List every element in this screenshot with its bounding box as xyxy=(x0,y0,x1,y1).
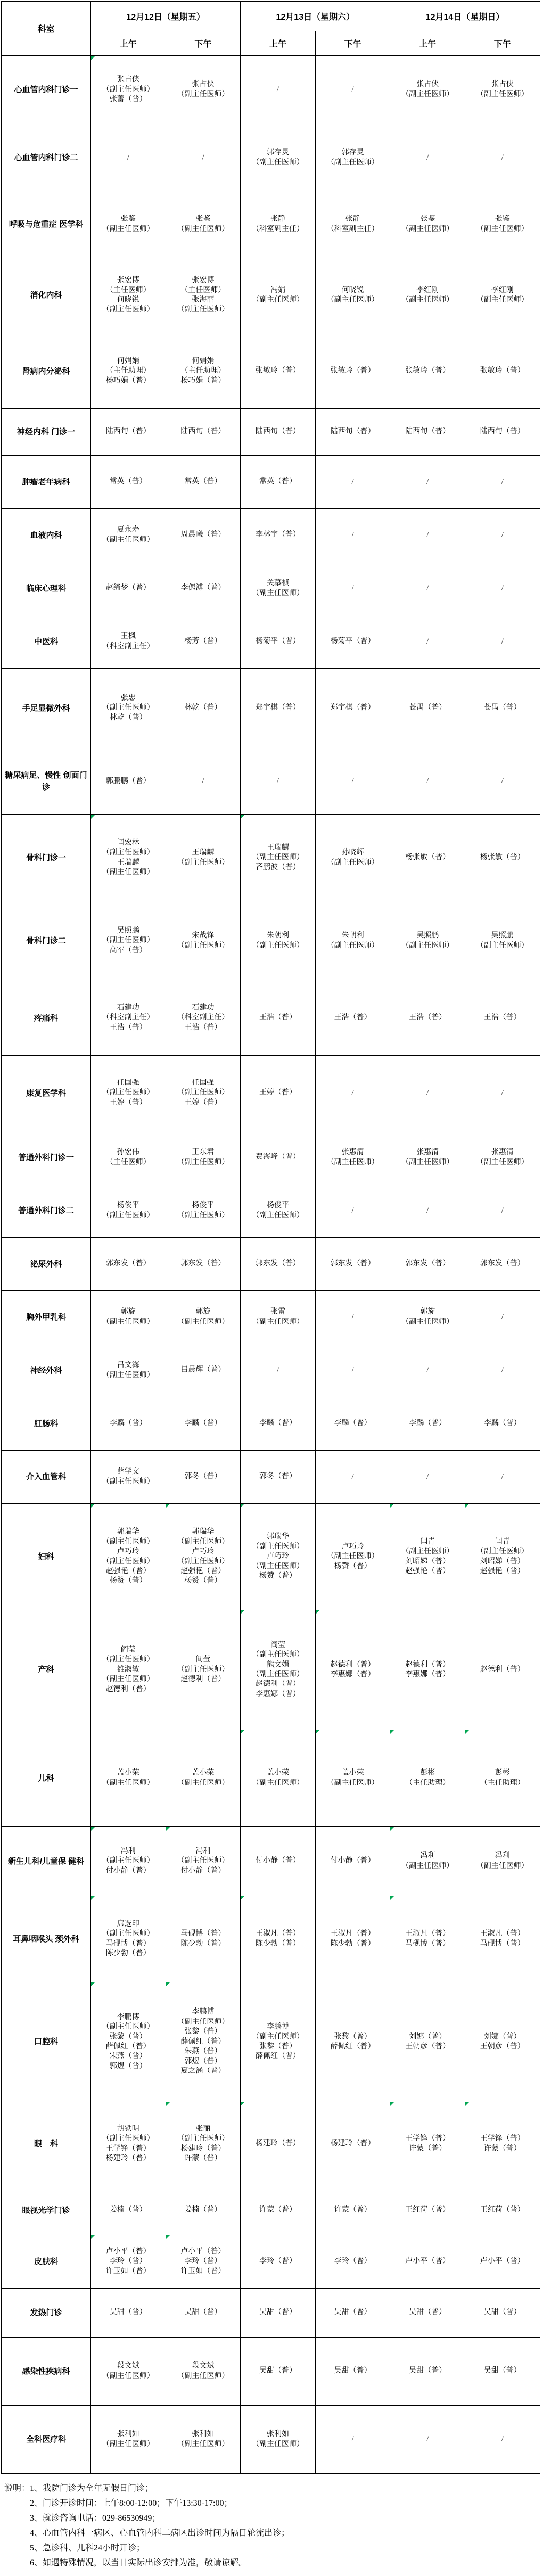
doctor-line: （副主任医师） xyxy=(242,1670,314,1680)
schedule-cell: 张利如（副主任医师） xyxy=(166,2406,241,2474)
schedule-cell: 王瑞麟（副主任医师）吝鹏波（普） xyxy=(241,815,316,901)
doctor-line: 王婷（普） xyxy=(92,1098,164,1108)
no-clinic-slash: / xyxy=(466,530,539,541)
schedule-cell: 冯利（副主任医师）付小静（普） xyxy=(166,1827,241,1896)
schedule-cell: 张占侠（副主任医师） xyxy=(166,56,241,124)
doctor-line: 张海丽 xyxy=(167,295,240,305)
doctor-line: 陆西旬（普） xyxy=(167,427,240,437)
doctor-line: 郭鹏鹏（普） xyxy=(92,777,164,786)
doctor-line: （副主任医师） xyxy=(92,2372,164,2381)
doctor-line: 卢小平（普） xyxy=(167,2247,240,2257)
doctor-line: 吴甜（普） xyxy=(167,2308,240,2317)
no-clinic-slash: / xyxy=(466,1206,539,1216)
doctor-line: 李鹏博 xyxy=(242,2022,314,2032)
doctor-line: 郑宇棋（普） xyxy=(317,703,389,713)
doctor-line: 卢巧玲 xyxy=(167,1547,240,1557)
am-header: 上午 xyxy=(390,31,465,56)
department-name: 肿瘤老年病科 xyxy=(2,456,91,509)
schedule-cell: / xyxy=(315,748,390,815)
doctor-line: 许蒙（普） xyxy=(466,2144,539,2154)
doctor-line: 李惠娜（普） xyxy=(242,1690,314,1699)
doctor-line: 杨建玲（普） xyxy=(317,2139,389,2149)
doctor-line: 张鉴 xyxy=(92,215,164,224)
schedule-cell: 任国强（副主任医师）王婷（普） xyxy=(91,1056,166,1131)
pm-header: 下午 xyxy=(166,31,241,56)
doctor-line: 姜楠（普） xyxy=(167,2205,240,2215)
schedule-cell: 李麟（普） xyxy=(166,1397,241,1451)
schedule-cell: 陆西旬（普） xyxy=(91,409,166,456)
doctor-line: 王瑞麟 xyxy=(92,858,164,868)
doctor-line: 刘昭娣（普） xyxy=(466,1557,539,1567)
doctor-line: （副主任医师） xyxy=(242,1779,314,1788)
doctor-line: 郭存灵 xyxy=(242,148,314,158)
doctor-line: （副主任医师） xyxy=(167,858,240,868)
cell-corner-marker-icon xyxy=(166,2235,170,2239)
table-row: 呼吸与危重症 医学科张鉴（副主任医师）张鉴（副主任医师）张静（科室副主任）张静（… xyxy=(2,192,540,257)
schedule-cell: / xyxy=(390,1056,465,1131)
doctor-line: （副主任医师） xyxy=(242,2032,314,2042)
no-clinic-slash: / xyxy=(317,85,389,95)
schedule-cell: 阎莹（副主任医师）雒淑敏（副主任医师）赵德利（普） xyxy=(91,1610,166,1730)
doctor-line: 夏永寿 xyxy=(92,525,164,535)
doctor-line: 郭存灵 xyxy=(317,148,389,158)
schedule-cell: 郭东发（普） xyxy=(241,1238,316,1291)
doctor-line: （科室副主任） xyxy=(242,225,314,234)
schedule-cell: 吕晨辉（普） xyxy=(166,1344,241,1397)
doctor-line: 陆西旬（普） xyxy=(391,427,464,437)
doctor-line: 彭彬 xyxy=(391,1768,464,1778)
schedule-cell: 郭旋（副主任医师） xyxy=(390,1291,465,1344)
doctor-line: （副主任医师） xyxy=(167,1537,240,1547)
doctor-line: 赵强艳（普） xyxy=(167,1567,240,1576)
doctor-line: （副主任医师） xyxy=(466,1547,539,1557)
doctor-line: （副主任医师） xyxy=(167,1088,240,1098)
department-name: 糖尿病足、慢性 创面门诊 xyxy=(2,748,91,815)
doctor-line: （主任助理） xyxy=(391,1779,464,1788)
schedule-cell: 李偲溥（普） xyxy=(166,562,241,615)
schedule-cell: / xyxy=(315,562,390,615)
doctor-line: 吕晨辉（普） xyxy=(167,1365,240,1375)
doctor-line: 关慕桢 xyxy=(242,579,314,588)
doctor-line: 卢巧玲 xyxy=(242,1552,314,1561)
schedule-cell: 陆西旬（普） xyxy=(166,409,241,456)
doctor-line: 刘娜（普） xyxy=(466,2032,539,2042)
doctor-line: 朱燕（普） xyxy=(167,2047,240,2056)
schedule-cell: / xyxy=(465,748,540,815)
department-name: 口腔科 xyxy=(2,1982,91,2102)
doctor-line: 许蒙（普） xyxy=(391,2144,464,2154)
schedule-cell: / xyxy=(465,1184,540,1238)
table-row: 肾病内分泌科何娟娟（主任助理）杨巧娟（普）何娟娟（主任助理）杨巧娟（普）张敏玲（… xyxy=(2,334,540,409)
doctor-line: （副主任医师） xyxy=(92,2134,164,2144)
doctor-line: 吕文海 xyxy=(92,1361,164,1370)
schedule-cell: 苍禺（普） xyxy=(390,669,465,748)
schedule-cell: 胡铁明（副主任医师）王学锋（普）杨建玲（普） xyxy=(91,2102,166,2186)
doctor-line: （副主任医师） xyxy=(242,158,314,168)
doctor-line: 卢小平（普） xyxy=(92,2247,164,2257)
table-row: 手足显微外科张忠（副主任医师）林乾（普）林乾（普）郑宇棋（普）郑宇棋（普）苍禺（… xyxy=(2,669,540,748)
doctor-line: 赵德利（普） xyxy=(391,1660,464,1670)
schedule-cell: 张占侠（副主任医师）张蕾（普） xyxy=(91,56,166,124)
schedule-cell: 卢巧玲（副主任医师）杨赞（普） xyxy=(315,1504,390,1610)
doctor-line: （副主任医师） xyxy=(466,295,539,305)
doctor-line: 王淑凡（普） xyxy=(466,1929,539,1939)
no-clinic-slash: / xyxy=(466,583,539,594)
schedule-cell: 王红荷（普） xyxy=(465,2186,540,2235)
department-name: 介入血管科 xyxy=(2,1451,91,1504)
no-clinic-slash: / xyxy=(466,776,539,787)
table-row: 肛肠科李麟（普）李麟（普）李麟（普）李麟（普）李麟（普）李麟（普） xyxy=(2,1397,540,1451)
doctor-line: 郭旋 xyxy=(92,1307,164,1317)
schedule-cell: 吕文海（副主任医师） xyxy=(91,1344,166,1397)
doctor-line: 杨赞（普） xyxy=(92,1576,164,1586)
schedule-cell: 朱朝利（副主任医师） xyxy=(241,901,316,981)
doctor-line: 张占侠 xyxy=(466,80,539,89)
doctor-line: 杨张敏（普） xyxy=(391,853,464,862)
doctor-line: 杨巧娟（普） xyxy=(167,376,240,386)
schedule-cell: / xyxy=(390,1344,465,1397)
cell-corner-marker-icon xyxy=(390,2102,394,2106)
schedule-cell: 冯利（副主任医师） xyxy=(390,1827,465,1896)
schedule-cell: / xyxy=(390,124,465,192)
doctor-line: 杨赞（普） xyxy=(317,1562,389,1571)
schedule-cell: 张鉴（副主任医师） xyxy=(166,192,241,257)
doctor-line: 杨俊平 xyxy=(242,1201,314,1211)
doctor-line: 付小静（普） xyxy=(92,1866,164,1876)
doctor-line: 阎莹 xyxy=(92,1645,164,1655)
schedule-cell: 吴甜（普） xyxy=(241,2289,316,2338)
cell-corner-marker-icon xyxy=(390,1504,394,1508)
doctor-line: 陈少勃（普） xyxy=(242,1939,314,1949)
no-clinic-slash: / xyxy=(317,477,389,488)
no-clinic-slash: / xyxy=(242,85,314,95)
doctor-line: 冯娟 xyxy=(242,286,314,295)
doctor-line: 郭东发（普） xyxy=(317,1259,389,1269)
doctor-line: 薛学文 xyxy=(92,1467,164,1477)
doctor-line: 张惠清 xyxy=(391,1148,464,1157)
doctor-line: （主任医师） xyxy=(167,286,240,295)
schedule-cell: / xyxy=(166,124,241,192)
schedule-cell: 郭存灵（副主任医师） xyxy=(315,124,390,192)
schedule-cell: 周晨曦（普） xyxy=(166,509,241,562)
doctor-line: 冯利 xyxy=(391,1851,464,1861)
am-header: 上午 xyxy=(241,31,316,56)
am-header: 上午 xyxy=(91,31,166,56)
schedule-cell: 王东君（副主任医师） xyxy=(166,1131,241,1184)
doctor-line: （副主任医师） xyxy=(317,295,389,305)
doctor-line: （副主任医师） xyxy=(242,295,314,305)
schedule-cell: 李林宇（普） xyxy=(241,509,316,562)
schedule-cell: 石建功（科室副主任）王浩（普） xyxy=(166,981,241,1056)
schedule-cell: 王浩（普） xyxy=(465,981,540,1056)
schedule-cell: 郭存灵（副主任医师） xyxy=(241,124,316,192)
schedule-cell: 王婷（普） xyxy=(241,1056,316,1131)
doctor-line: 杨巧娟（普） xyxy=(92,376,164,386)
doctor-line: 王瑞麟 xyxy=(167,848,240,858)
doctor-line: （副主任医师） xyxy=(391,1862,464,1871)
no-clinic-slash: / xyxy=(466,637,539,647)
date-header-day1: 12月12日（星期五） xyxy=(91,2,241,31)
doctor-line: （科室副主任） xyxy=(92,642,164,652)
doctor-line: （副主任医师） xyxy=(391,1318,464,1327)
department-name: 眼视光学门诊 xyxy=(2,2186,91,2235)
schedule-cell: / xyxy=(465,1451,540,1504)
doctor-line: 王淑凡（普） xyxy=(391,1929,464,1939)
doctor-line: 陈少勃（普） xyxy=(167,1939,240,1949)
doctor-line: 王朝彦（普） xyxy=(466,2042,539,2052)
schedule-cell: 卢小平（普）李玲（普）许玉如（普） xyxy=(166,2235,241,2289)
schedule-cell: 王浩（普） xyxy=(315,981,390,1056)
doctor-line: 李玲（普） xyxy=(317,2257,389,2266)
no-clinic-slash: / xyxy=(391,1206,464,1216)
doctor-line: 阎莹 xyxy=(167,1655,240,1665)
department-name: 疼痛科 xyxy=(2,981,91,1056)
doctor-line: 宋燕（普） xyxy=(92,2052,164,2061)
schedule-cell: 杨建玲（普） xyxy=(315,2102,390,2186)
doctor-line: （副主任医师） xyxy=(466,225,539,234)
note-line: 6、如遇特殊情况，以当日实际出诊安排为准，敬请谅解。 xyxy=(30,2556,290,2571)
doctor-line: 李惠娜（普） xyxy=(317,1670,389,1680)
table-row: 肿瘤老年病科常英（普）常英（普）常英（普）/// xyxy=(2,456,540,509)
doctor-line: 陆西旬（普） xyxy=(242,427,314,437)
department-name: 感染性疾病科 xyxy=(2,2338,91,2406)
schedule-cell: 张宏博（主任医师）张海丽（副主任医师） xyxy=(166,257,241,334)
doctor-line: 王学锋（普） xyxy=(92,2144,164,2154)
schedule-cell: 费海峰（普） xyxy=(241,1131,316,1184)
doctor-line: （副主任医师） xyxy=(167,305,240,315)
schedule-cell: 郭东发（普） xyxy=(390,1238,465,1291)
schedule-cell: 姜楠（普） xyxy=(91,2186,166,2235)
table-row: 疼痛科石建功（科室副主任）王浩（普）石建功（科室副主任）王浩（普）王浩（普）王浩… xyxy=(2,981,540,1056)
no-clinic-slash: / xyxy=(391,1365,464,1376)
schedule-cell: / xyxy=(465,615,540,669)
department-name: 手足显微外科 xyxy=(2,669,91,748)
schedule-cell: 关慕桢（副主任医师） xyxy=(241,562,316,615)
doctor-line: 王淑凡（普） xyxy=(242,1929,314,1939)
doctor-line: （副主任医师） xyxy=(391,1547,464,1557)
note-line: 2、门诊开诊时间：上午8:00-12:00；下午13:30-17:00； xyxy=(30,2496,290,2511)
doctor-line: （副主任医师） xyxy=(242,1650,314,1660)
schedule-cell: 王浩（普） xyxy=(390,981,465,1056)
doctor-line: 常英（普） xyxy=(242,477,314,487)
doctor-line: 许玉如（普） xyxy=(167,2267,240,2276)
doctor-line: 宋战锋 xyxy=(167,931,240,941)
doctor-line: 付小静（普） xyxy=(242,1856,314,1866)
schedule-cell: 张占侠（副主任医师） xyxy=(390,56,465,124)
doctor-line: 周晨曦（普） xyxy=(167,530,240,540)
doctor-line: 张占侠 xyxy=(92,75,164,85)
doctor-line: （副主任医师） xyxy=(92,1779,164,1788)
no-clinic-slash: / xyxy=(317,1365,389,1376)
doctor-line: 郭煜（普） xyxy=(167,2057,240,2067)
table-row: 普通外科门诊二杨俊平（副主任医师）杨俊平（副主任医师）杨俊平（副主任医师）/// xyxy=(2,1184,540,1238)
doctor-line: 冯利 xyxy=(167,1847,240,1856)
schedule-cell: 常英（普） xyxy=(166,456,241,509)
doctor-line: （副主任医师） xyxy=(167,1856,240,1866)
schedule-cell: / xyxy=(390,748,465,815)
table-row: 儿科盖小荣（副主任医师）盖小荣（副主任医师）盖小荣（副主任医师）盖小荣（副主任医… xyxy=(2,1730,540,1827)
schedule-cell: 李鹏博（副主任医师）张黎（普）薛佩红（普） xyxy=(241,1982,316,2102)
doctor-line: 郭东发（普） xyxy=(92,1259,164,1269)
schedule-cell: / xyxy=(315,456,390,509)
cell-corner-marker-icon xyxy=(316,1730,319,1734)
cell-corner-marker-icon xyxy=(390,1896,394,1900)
doctor-line: 林乾（普） xyxy=(167,703,240,713)
schedule-cell: 任国强（副主任医师）王婷（普） xyxy=(166,1056,241,1131)
doctor-line: 王红荷（普） xyxy=(391,2205,464,2215)
doctor-line: 张丽 xyxy=(167,2125,240,2134)
schedule-cell: / xyxy=(390,615,465,669)
schedule-cell: / xyxy=(390,1451,465,1504)
doctor-line: 马砚博（普） xyxy=(92,1939,164,1949)
doctor-line: 薛佩红（普） xyxy=(92,2042,164,2052)
schedule-cell: 冯利（副主任医师）付小静（普） xyxy=(91,1827,166,1896)
doctor-line: 盖小荣 xyxy=(242,1768,314,1778)
doctor-line: （副主任医师） xyxy=(167,1318,240,1327)
table-row: 产科阎莹（副主任医师）雒淑敏（副主任医师）赵德利（普）阎莹（副主任医师）赵德利（… xyxy=(2,1610,540,1730)
schedule-cell: 彭彬（主任助理） xyxy=(390,1730,465,1827)
doctor-line: 薛佩红（普） xyxy=(317,2042,389,2052)
schedule-cell: 席选印（副主任医师）马砚博（普）陈少勃（普） xyxy=(91,1896,166,1982)
doctor-line: （副主任医师） xyxy=(391,90,464,100)
department-name: 产科 xyxy=(2,1610,91,1730)
schedule-cell: 付小静（普） xyxy=(241,1827,316,1896)
no-clinic-slash: / xyxy=(317,583,389,594)
doctor-line: 席选印 xyxy=(92,1920,164,1929)
schedule-cell: 陆西旬（普） xyxy=(241,409,316,456)
doctor-line: 熊文娟 xyxy=(242,1660,314,1670)
schedule-cell: 郭冬（普） xyxy=(166,1451,241,1504)
doctor-line: 盖小荣 xyxy=(167,1768,240,1778)
department-name: 骨科门诊一 xyxy=(2,815,91,901)
doctor-line: 付小静（普） xyxy=(317,1856,389,1866)
schedule-cell: 李麟（普） xyxy=(390,1397,465,1451)
doctor-line: （副主任医师） xyxy=(167,1211,240,1221)
doctor-line: 卢巧玲 xyxy=(317,1542,389,1552)
department-name: 心血管内科门诊二 xyxy=(2,124,91,192)
doctor-line: （副主任医师） xyxy=(92,2440,164,2449)
doctor-line: （副主任医师） xyxy=(92,1675,164,1684)
doctor-line: 何晓锐 xyxy=(92,295,164,305)
schedule-cell: 苍禺（普） xyxy=(465,669,540,748)
table-row: 介入血管科薛学文（副主任医师）郭冬（普）郭冬（普）/// xyxy=(2,1451,540,1504)
schedule-cell: 杨张敏（普） xyxy=(390,815,465,901)
schedule-cell: 王淑凡（普）马砚博（普） xyxy=(465,1896,540,1982)
doctor-line: 卢小平（普） xyxy=(391,2257,464,2266)
table-row: 骨科门诊二吴照鹏（副主任医师）高军（普）宋战锋（副主任医师）朱朝利（副主任医师）… xyxy=(2,901,540,981)
doctor-line: 孙晓辉 xyxy=(317,848,389,858)
no-clinic-slash: / xyxy=(391,2434,464,2445)
schedule-cell: 张黎（普）薛佩红（普） xyxy=(315,1982,390,2102)
department-name: 皮肤科 xyxy=(2,2235,91,2289)
schedule-cell: 朱朝利（副主任医师） xyxy=(315,901,390,981)
schedule-cell: 孙宏伟（主任医师） xyxy=(91,1131,166,1184)
no-clinic-slash: / xyxy=(466,1365,539,1376)
schedule-cell: 常英（普） xyxy=(91,456,166,509)
table-row: 全科医疗科张利如（副主任医师）张利如（副主任医师）张利如（副主任医师）/// xyxy=(2,2406,540,2474)
schedule-cell: / xyxy=(315,56,390,124)
doctor-line: （副主任医师） xyxy=(92,536,164,545)
table-row: 中医科王枫（科室副主任）杨芳（普）杨菊平（普）杨菊平（普）// xyxy=(2,615,540,669)
doctor-line: 吴甜（普） xyxy=(391,2366,464,2376)
schedule-cell: 吴甜（普） xyxy=(390,2338,465,2406)
schedule-cell: 闫青（副主任医师）刘昭娣（普）赵强艳（普） xyxy=(465,1504,540,1610)
doctor-line: 刘昭娣（普） xyxy=(391,1557,464,1567)
doctor-line: 张惠清 xyxy=(317,1148,389,1157)
doctor-line: 雒淑敏 xyxy=(92,1665,164,1675)
schedule-cell: 卢小平（普） xyxy=(465,2235,540,2289)
schedule-cell: / xyxy=(315,1184,390,1238)
doctor-line: 吴照鹏 xyxy=(466,931,539,941)
schedule-cell: 陆西旬（普） xyxy=(390,409,465,456)
doctor-line: 高军（普） xyxy=(92,946,164,956)
schedule-cell: 赵德利（普）李惠娜（普） xyxy=(390,1610,465,1730)
doctor-line: 陆西旬（普） xyxy=(466,427,539,437)
doctor-line: 薛佩红（普） xyxy=(242,2052,314,2061)
doctor-line: 任国强 xyxy=(167,1079,240,1088)
doctor-line: （副主任医师） xyxy=(167,2440,240,2449)
cell-corner-marker-icon xyxy=(316,1610,319,1614)
doctor-line: 李玲（普） xyxy=(242,2257,314,2266)
doctor-line: 苍禺（普） xyxy=(391,703,464,713)
notes-section: 说明： 1、我院门诊为全年无假日门诊；2、门诊开诊时间：上午8:00-12:00… xyxy=(1,2481,541,2571)
doctor-line: （副主任医师） xyxy=(167,2372,240,2381)
cell-corner-marker-icon xyxy=(91,1504,95,1508)
doctor-line: 石建功 xyxy=(167,1003,240,1013)
doctor-line: 李麟（普） xyxy=(92,1419,164,1428)
doctor-line: （副主任医师） xyxy=(92,2022,164,2032)
table-row: 皮肤科卢小平（普）李玲（普）许玉如（普）卢小平（普）李玲（普）许玉如（普）李玲（… xyxy=(2,2235,540,2289)
department-name: 临床心理科 xyxy=(2,562,91,615)
doctor-line: 张宏博 xyxy=(92,276,164,285)
schedule-cell: 杨俊平（副主任医师） xyxy=(91,1184,166,1238)
schedule-cell: / xyxy=(315,1056,390,1131)
doctor-line: （副主任医师） xyxy=(92,305,164,315)
doctor-line: 王枫 xyxy=(92,632,164,641)
notes-list: 1、我院门诊为全年无假日门诊；2、门诊开诊时间：上午8:00-12:00；下午1… xyxy=(30,2481,290,2571)
schedule-cell: 何晓锐（副主任医师） xyxy=(315,257,390,334)
doctor-line: 王瑞麟 xyxy=(242,843,314,853)
department-name: 全科医疗科 xyxy=(2,2406,91,2474)
table-row: 康复医学科任国强（副主任医师）王婷（普）任国强（副主任医师）王婷（普）王婷（普）… xyxy=(2,1056,540,1131)
schedule-cell: 石建功（科室副主任）王浩（普） xyxy=(91,981,166,1056)
doctor-line: （副主任医师） xyxy=(242,2440,314,2449)
schedule-cell: 张敏玲（普） xyxy=(390,334,465,409)
doctor-line: 王婷（普） xyxy=(242,1088,314,1098)
schedule-cell: 王淑凡（普）陈少勃（普） xyxy=(241,1896,316,1982)
doctor-line: 王浩（普） xyxy=(391,1013,464,1023)
doctor-line: 吴甜（普） xyxy=(317,2308,389,2317)
doctor-line: （副主任医师） xyxy=(242,941,314,951)
doctor-line: （副主任医师） xyxy=(167,1557,240,1567)
doctor-line: （副主任医师） xyxy=(92,1318,164,1327)
schedule-cell: 张鉴（副主任医师） xyxy=(91,192,166,257)
schedule-cell: 盖小荣（副主任医师） xyxy=(315,1730,390,1827)
department-name: 消化内科 xyxy=(2,257,91,334)
schedule-cell: 李红刚（副主任医师） xyxy=(390,257,465,334)
doctor-line: 段文斌 xyxy=(92,2361,164,2371)
schedule-cell: 吴甜（普） xyxy=(390,2289,465,2338)
doctor-line: 李偲溥（普） xyxy=(167,583,240,593)
doctor-line: 张敏玲（普） xyxy=(466,366,539,376)
cell-corner-marker-icon xyxy=(166,1982,170,1986)
doctor-line: 李玲（普） xyxy=(92,2257,164,2266)
doctor-line: 张敏玲（普） xyxy=(317,366,389,376)
doctor-line: （副主任医师） xyxy=(242,589,314,598)
schedule-cell: / xyxy=(241,748,316,815)
schedule-cell: 张静（科室副主任） xyxy=(315,192,390,257)
schedule-cell: 李麟（普） xyxy=(465,1397,540,1451)
